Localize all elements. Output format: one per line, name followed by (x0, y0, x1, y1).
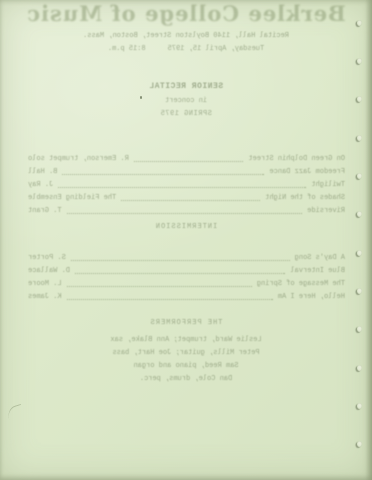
performer-name: L. Moore (28, 280, 62, 289)
piece-title: On Green Dolphin Street (248, 155, 345, 164)
program-row: Shades of the NightThe Fielding Ensemble (28, 190, 345, 203)
binding-hole (357, 135, 362, 141)
program-row: A Day's SongS. Porter (28, 250, 345, 263)
binding-hole (357, 211, 362, 217)
program-row: TwilightJ. Ray (28, 177, 345, 190)
date-text: Tuesday, April 15, 1975 (168, 45, 265, 53)
piece-title: Blue Interval (290, 267, 345, 276)
program-row: Freedom Jazz DanceB. Hall (28, 164, 345, 177)
piece-title: Riverside (307, 207, 345, 216)
dotted-leader (58, 187, 306, 188)
date-line-bleed: Tuesday, April 15, 19758:15 p.m. (0, 45, 372, 53)
performer-name: S. Porter (28, 254, 66, 263)
dotted-leader (121, 200, 260, 201)
dotted-leader (67, 286, 252, 287)
piece-title: Twilight (311, 181, 345, 190)
binding-hole (357, 173, 362, 179)
dotted-leader (67, 299, 273, 300)
dotted-leader (75, 273, 285, 274)
scanned-page: Berklee College of Music Recital Hall, 1… (0, 0, 372, 480)
binding-hole (357, 58, 362, 64)
binding-hole (357, 96, 362, 102)
dotted-leader (71, 260, 290, 261)
venue-line-bleed: Recital Hall, 1140 Boylston Street, Bost… (0, 32, 372, 40)
dotted-leader (134, 161, 244, 162)
performer-name: R. Emerson, trumpet solo (28, 155, 129, 164)
performer-name: B. Hall (28, 168, 57, 177)
ink-speck (140, 96, 142, 99)
piece-title: The Message of Spring (257, 280, 345, 289)
time-text: 8:15 p.m. (108, 45, 146, 53)
program-row: The Message of SpringL. Moore (28, 276, 345, 289)
performers-line: Sam Reed, piano and organ (0, 362, 372, 370)
binding-hole (357, 441, 362, 447)
program-section-2: A Day's SongS. Porter Blue IntervalD. Wa… (28, 250, 345, 302)
dotted-leader (67, 213, 303, 214)
recital-title-bleed: SENIOR RECITAL (0, 83, 372, 91)
piece-title: Shades of the Night (265, 194, 345, 203)
program-row: On Green Dolphin StreetR. Emerson, trump… (28, 151, 345, 164)
intermission-bleed: INTERMISSION (0, 223, 372, 231)
binding-hole (357, 288, 362, 294)
performers-heading-bleed: THE PERFORMERS (0, 319, 372, 327)
bleed-through-layer: Berklee College of Music Recital Hall, 1… (0, 0, 372, 480)
program-row: Blue IntervalD. Wallace (28, 263, 345, 276)
piece-title: Freedom Jazz Dance (269, 168, 345, 177)
dotted-leader (62, 174, 264, 175)
recital-subtitle-bleed: in concert (0, 97, 372, 105)
masthead-bleed: Berklee College of Music (0, 1, 372, 26)
performer-name: The Fielding Ensemble (28, 194, 116, 203)
performers-line: Dan Cole, drums, perc. (0, 375, 372, 383)
program-row: RiversideT. Grant (28, 203, 345, 216)
piece-title: A Day's Song (295, 254, 345, 263)
scan-edge-shadow (365, 0, 372, 480)
program-section-1: On Green Dolphin StreetR. Emerson, trump… (28, 151, 345, 216)
piece-title: Hello, Here I Am (278, 293, 345, 302)
binding-hole (357, 326, 362, 332)
performer-name: T. Grant (28, 207, 62, 216)
performer-name: J. Ray (28, 181, 53, 190)
binding-hole (357, 365, 362, 371)
performer-name: D. Wallace (28, 267, 70, 276)
recital-season-bleed: SPRING 1975 (0, 110, 372, 118)
binding-hole (357, 20, 362, 26)
performers-line: Peter Mills, guitar; Joe Hart, bass (0, 349, 372, 357)
performers-line: Leslie Ward, trumpet; Ann Blake, sax (0, 336, 372, 344)
binding-hole (357, 250, 362, 256)
program-row: Hello, Here I AmK. James (28, 289, 345, 302)
binding-hole (357, 403, 362, 409)
performer-name: K. James (28, 293, 62, 302)
